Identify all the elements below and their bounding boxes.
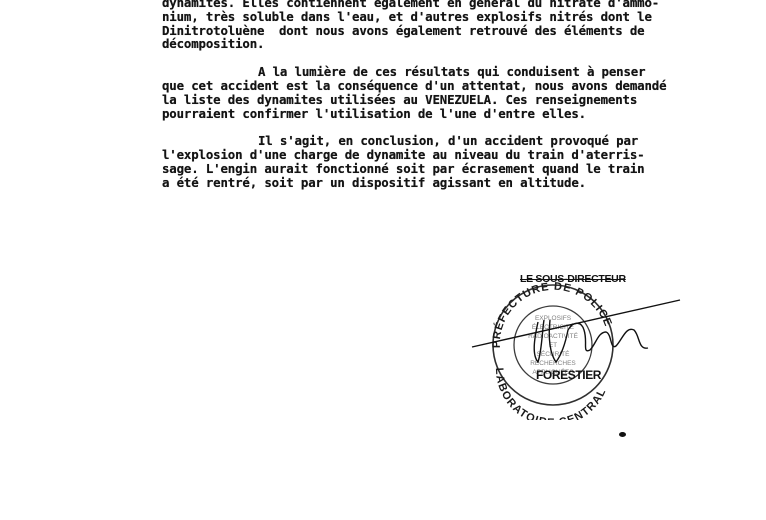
text-line: l'explosion d'une charge de dynamite au …: [162, 148, 762, 162]
text-line: Il s'agit, en conclusion, d'un accident …: [162, 134, 762, 148]
paragraph: dynamites. Elles contiennent également e…: [162, 0, 762, 51]
paragraph: A la lumière de ces résultats qui condui…: [162, 65, 762, 120]
document-page: dynamites. Elles contiennent également e…: [0, 0, 766, 520]
official-stamp-icon: PRÉFECTURE DE POLICE LABORATOIRE CENTRAL…: [470, 270, 710, 420]
text-line: sage. L'engin aurait fonctionné soit par…: [162, 162, 762, 176]
signature-block: PRÉFECTURE DE POLICE LABORATOIRE CENTRAL…: [470, 270, 710, 420]
text-line: A la lumière de ces résultats qui condui…: [162, 65, 762, 79]
text-line: a été rentré, soit par un dispositif agi…: [162, 176, 762, 190]
paragraph-gap: [162, 120, 762, 134]
document-body: dynamites. Elles contiennent également e…: [162, 0, 762, 190]
paragraph: Il s'agit, en conclusion, d'un accident …: [162, 134, 762, 189]
ink-spot: [619, 432, 626, 437]
paragraph-gap: [162, 51, 762, 65]
text-line: nium, très soluble dans l'eau, et d'autr…: [162, 10, 762, 24]
text-line: pourraient confirmer l'utilisation de l'…: [162, 107, 762, 121]
signer-name: FORESTIER: [536, 368, 601, 382]
text-line: décomposition.: [162, 37, 762, 51]
signer-title: LE SOUS-DIRECTEUR: [520, 273, 626, 285]
text-line: que cet accident est la conséquence d'un…: [162, 79, 762, 93]
text-line: Dinitrotoluène dont nous avons également…: [162, 24, 762, 38]
text-line: la liste des dynamites utilisées au VENE…: [162, 93, 762, 107]
stamp-inner-line: EXPLOSIFS: [535, 315, 572, 322]
